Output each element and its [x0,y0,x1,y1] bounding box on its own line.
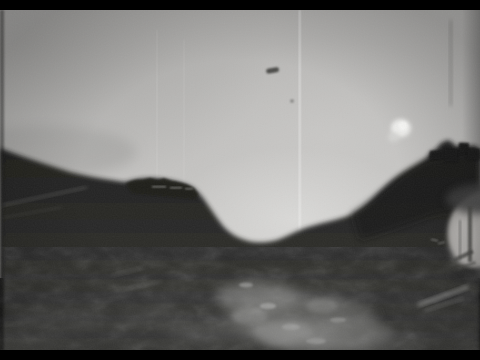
film-overlays [0,8,480,352]
letterbox-top [0,0,480,10]
letterbox-bottom [0,350,480,360]
video-frame[interactable] [0,0,480,360]
film-still-scene [0,0,480,360]
film-grain-overlay [0,8,480,352]
